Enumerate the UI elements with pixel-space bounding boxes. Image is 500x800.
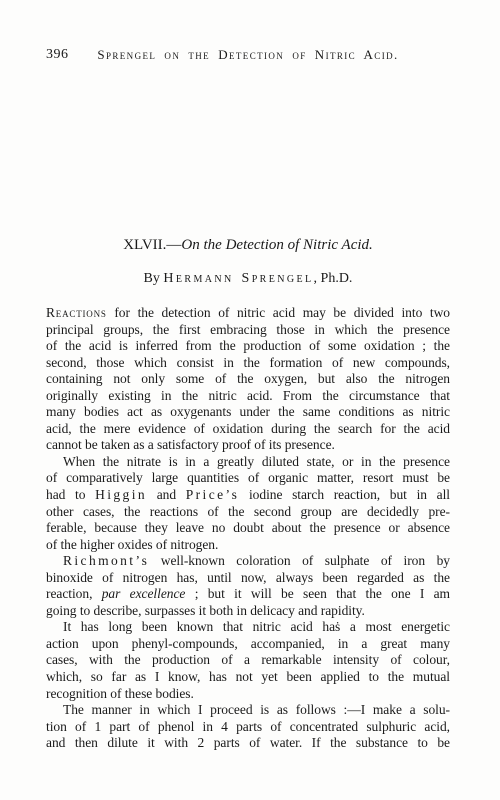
- text-segment: of the higher oxides of nitrogen.: [46, 537, 218, 552]
- body-line: tion of 1 part of phenol in 4 parts of c…: [46, 719, 450, 736]
- body-line: which, so far as I know, has not yet bee…: [46, 669, 450, 686]
- text-segment: reaction,: [46, 586, 102, 601]
- body-line: action upon phenyl-compounds, accompanie…: [46, 636, 450, 653]
- text-segment: ferable, because they leave no doubt abo…: [46, 520, 450, 535]
- text-segment: and: [147, 487, 186, 502]
- body-line: had to Higgin and Price’s iodine starch …: [46, 487, 450, 504]
- paragraph: When the nitrate is in a greatly diluted…: [46, 454, 450, 553]
- text-segment: iodine starch reaction, but in all: [239, 487, 450, 502]
- text-segment: well-known coloration of sulphate of iro…: [149, 553, 450, 568]
- body-line: binoxide of nitrogen has, until now, alw…: [46, 570, 450, 587]
- text-segment: action upon phenyl-compounds, accompanie…: [46, 636, 450, 651]
- byline-suffix: , Ph.D.: [314, 271, 353, 286]
- body-text: Reactions for the detection of nitric ac…: [46, 305, 450, 752]
- text-segment-spaced: Price’s: [186, 487, 240, 502]
- body-line: other cases, the reactions of the second…: [46, 504, 450, 521]
- body-line: It has long been known that nitric acid …: [46, 619, 450, 636]
- text-segment-smallcaps: Reactions: [46, 305, 107, 320]
- body-line: of comparatively large quantities of org…: [46, 470, 450, 487]
- body-line: The manner in which I proceed is as foll…: [46, 702, 450, 719]
- text-segment: recognition of these bodies.: [46, 686, 194, 701]
- paragraph: Reactions for the detection of nitric ac…: [46, 305, 450, 454]
- text-segment: had to: [46, 487, 95, 502]
- body-line: acid, the mere evidence of oxidation dur…: [46, 421, 450, 438]
- text-segment: going to describe, surpasses it both in …: [46, 603, 365, 618]
- text-segment-spaced: Richmont’s: [63, 553, 149, 568]
- text-segment: cannot be taken as a satisfactory proof …: [46, 437, 335, 452]
- body-line: ferable, because they leave no doubt abo…: [46, 520, 450, 537]
- body-line: many bodies act as oxygenants under the …: [46, 404, 450, 421]
- text-segment: which, so far as I know, has not yet bee…: [46, 669, 450, 684]
- page-number: 396: [46, 47, 69, 63]
- running-title: Sprengel on the Detection of Nitric Acid…: [46, 47, 450, 63]
- text-segment-spaced: Higgin: [95, 487, 147, 502]
- byline-author: Hermann Sprengel: [163, 271, 313, 286]
- article-title-text: On the Detection of Nitric Acid.: [181, 237, 372, 253]
- journal-page: 396 Sprengel on the Detection of Nitric …: [0, 0, 500, 800]
- text-segment: acid, the mere evidence of oxidation dur…: [46, 421, 450, 436]
- text-segment: of comparatively large quantities of org…: [46, 470, 450, 485]
- byline: By Hermann Sprengel, Ph.D.: [46, 271, 450, 287]
- text-segment: for the detection of nitric acid may be …: [107, 305, 450, 320]
- body-line: going to describe, surpasses it both in …: [46, 603, 450, 620]
- text-segment-italic: par excellence: [102, 586, 186, 601]
- body-line: When the nitrate is in a greatly diluted…: [46, 454, 450, 471]
- body-line: Reactions for the detection of nitric ac…: [46, 305, 450, 322]
- text-segment: of the acid is inferred from the product…: [46, 338, 450, 353]
- text-segment: binoxide of nitrogen has, until now, alw…: [46, 570, 450, 585]
- body-line: and then dilute it with 2 parts of water…: [46, 735, 450, 752]
- text-segment: second, those which consist in the forma…: [46, 355, 450, 370]
- body-line: second, those which consist in the forma…: [46, 355, 450, 372]
- paragraph: It has long been known that nitric acid …: [46, 619, 450, 702]
- running-header: 396 Sprengel on the Detection of Nitric …: [46, 47, 450, 65]
- body-line: Richmont’s well-known coloration of sulp…: [46, 553, 450, 570]
- paragraph: Richmont’s well-known coloration of sulp…: [46, 553, 450, 619]
- body-line: of the higher oxides of nitrogen.: [46, 537, 450, 554]
- article-number: XLVII.—: [123, 237, 181, 253]
- body-line: cannot be taken as a satisfactory proof …: [46, 437, 450, 454]
- paragraph: The manner in which I proceed is as foll…: [46, 702, 450, 752]
- text-segment: It has long been known that nitric acid …: [63, 619, 450, 634]
- text-segment: cases, with the production of a remarkab…: [46, 652, 450, 667]
- text-segment: The manner in which I proceed is as foll…: [63, 702, 450, 717]
- text-segment: originally existing in the nitric acid. …: [46, 388, 450, 403]
- text-segment: many bodies act as oxygenants under the …: [46, 404, 450, 419]
- text-segment: ; but it will be seen that the one I am: [185, 586, 450, 601]
- body-line: originally existing in the nitric acid. …: [46, 388, 450, 405]
- body-line: of the acid is inferred from the product…: [46, 338, 450, 355]
- byline-prefix: By: [144, 271, 164, 286]
- text-segment: principal groups, the first embracing th…: [46, 322, 450, 337]
- article-title: XLVII.—On the Detection of Nitric Acid.: [46, 237, 450, 254]
- body-line: recognition of these bodies.: [46, 686, 450, 703]
- text-segment: other cases, the reactions of the second…: [46, 504, 450, 519]
- body-line: cases, with the production of a remarkab…: [46, 652, 450, 669]
- text-segment: containing not only some of the oxygen, …: [46, 371, 450, 386]
- body-line: reaction, par excellence ; but it will b…: [46, 586, 450, 603]
- body-line: containing not only some of the oxygen, …: [46, 371, 450, 388]
- text-segment: and then dilute it with 2 parts of water…: [46, 735, 450, 750]
- text-segment: When the nitrate is in a greatly diluted…: [63, 454, 450, 469]
- body-line: principal groups, the first embracing th…: [46, 322, 450, 339]
- text-segment: tion of 1 part of phenol in 4 parts of c…: [46, 719, 450, 734]
